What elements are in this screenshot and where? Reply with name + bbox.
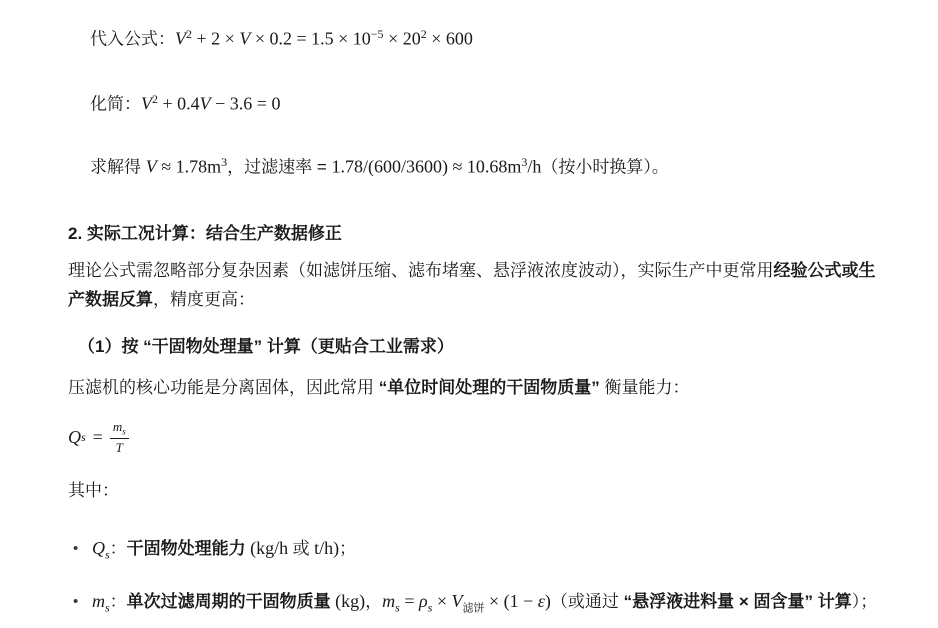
- formula-fraction: msT: [110, 420, 129, 455]
- bullet-icon: •: [73, 582, 78, 621]
- where-label: 其中：: [68, 479, 880, 503]
- fraction-numerator: ms: [110, 420, 129, 440]
- math-line-solve: 求解得 V ≈ 1.78m3，过滤速率 = 1.78/(600/3600) ≈ …: [90, 150, 880, 180]
- section-heading: 2. 实际工况计算：结合生产数据修正: [68, 222, 880, 246]
- subsection-intro: 压滤机的核心功能是分离固体，因此常用 “单位时间处理的干固物质量” 衡量能力：: [68, 373, 880, 402]
- list-item-text: ms：单次过滤周期的干固物质量 (kg)，ms = ρs × V滤饼 × (1 …: [92, 592, 877, 611]
- section-paragraph: 理论公式需忽略部分复杂因素（如滤饼压缩、滤布堵塞、悬浮液浓度波动），实际生产中更…: [68, 256, 880, 314]
- subsection-heading: （1）按 “干固物处理量” 计算（更贴合工业需求）: [68, 335, 880, 359]
- math-line-substitute: 代入公式：V2 + 2 × V × 0.2 = 1.5 × 10−5 × 202…: [90, 22, 880, 52]
- formula-lhs-variable: Q: [68, 425, 81, 449]
- fraction-denominator: T: [116, 439, 123, 454]
- definition-list: •Qs：干固物处理能力 (kg/h 或 t/h)； •ms：单次过滤周期的干固物…: [68, 529, 880, 628]
- list-item-ms: •ms：单次过滤周期的干固物质量 (kg)，ms = ρs × V滤饼 × (1…: [68, 582, 880, 628]
- document-page: { "page": { "background": "#ffffff", "te…: [0, 0, 938, 628]
- list-item-text: Qs：干固物处理能力 (kg/h 或 t/h)；: [92, 539, 356, 558]
- formula-equals-sign: =: [93, 425, 103, 449]
- bullet-icon: •: [73, 529, 78, 568]
- list-item-qs: •Qs：干固物处理能力 (kg/h 或 t/h)；: [68, 529, 880, 574]
- formula-lhs-subscript: s: [81, 425, 86, 449]
- formula-qs: Qs=msT: [68, 419, 880, 455]
- math-line-simplify: 化简：V2 + 0.4V − 3.6 = 0: [90, 87, 880, 117]
